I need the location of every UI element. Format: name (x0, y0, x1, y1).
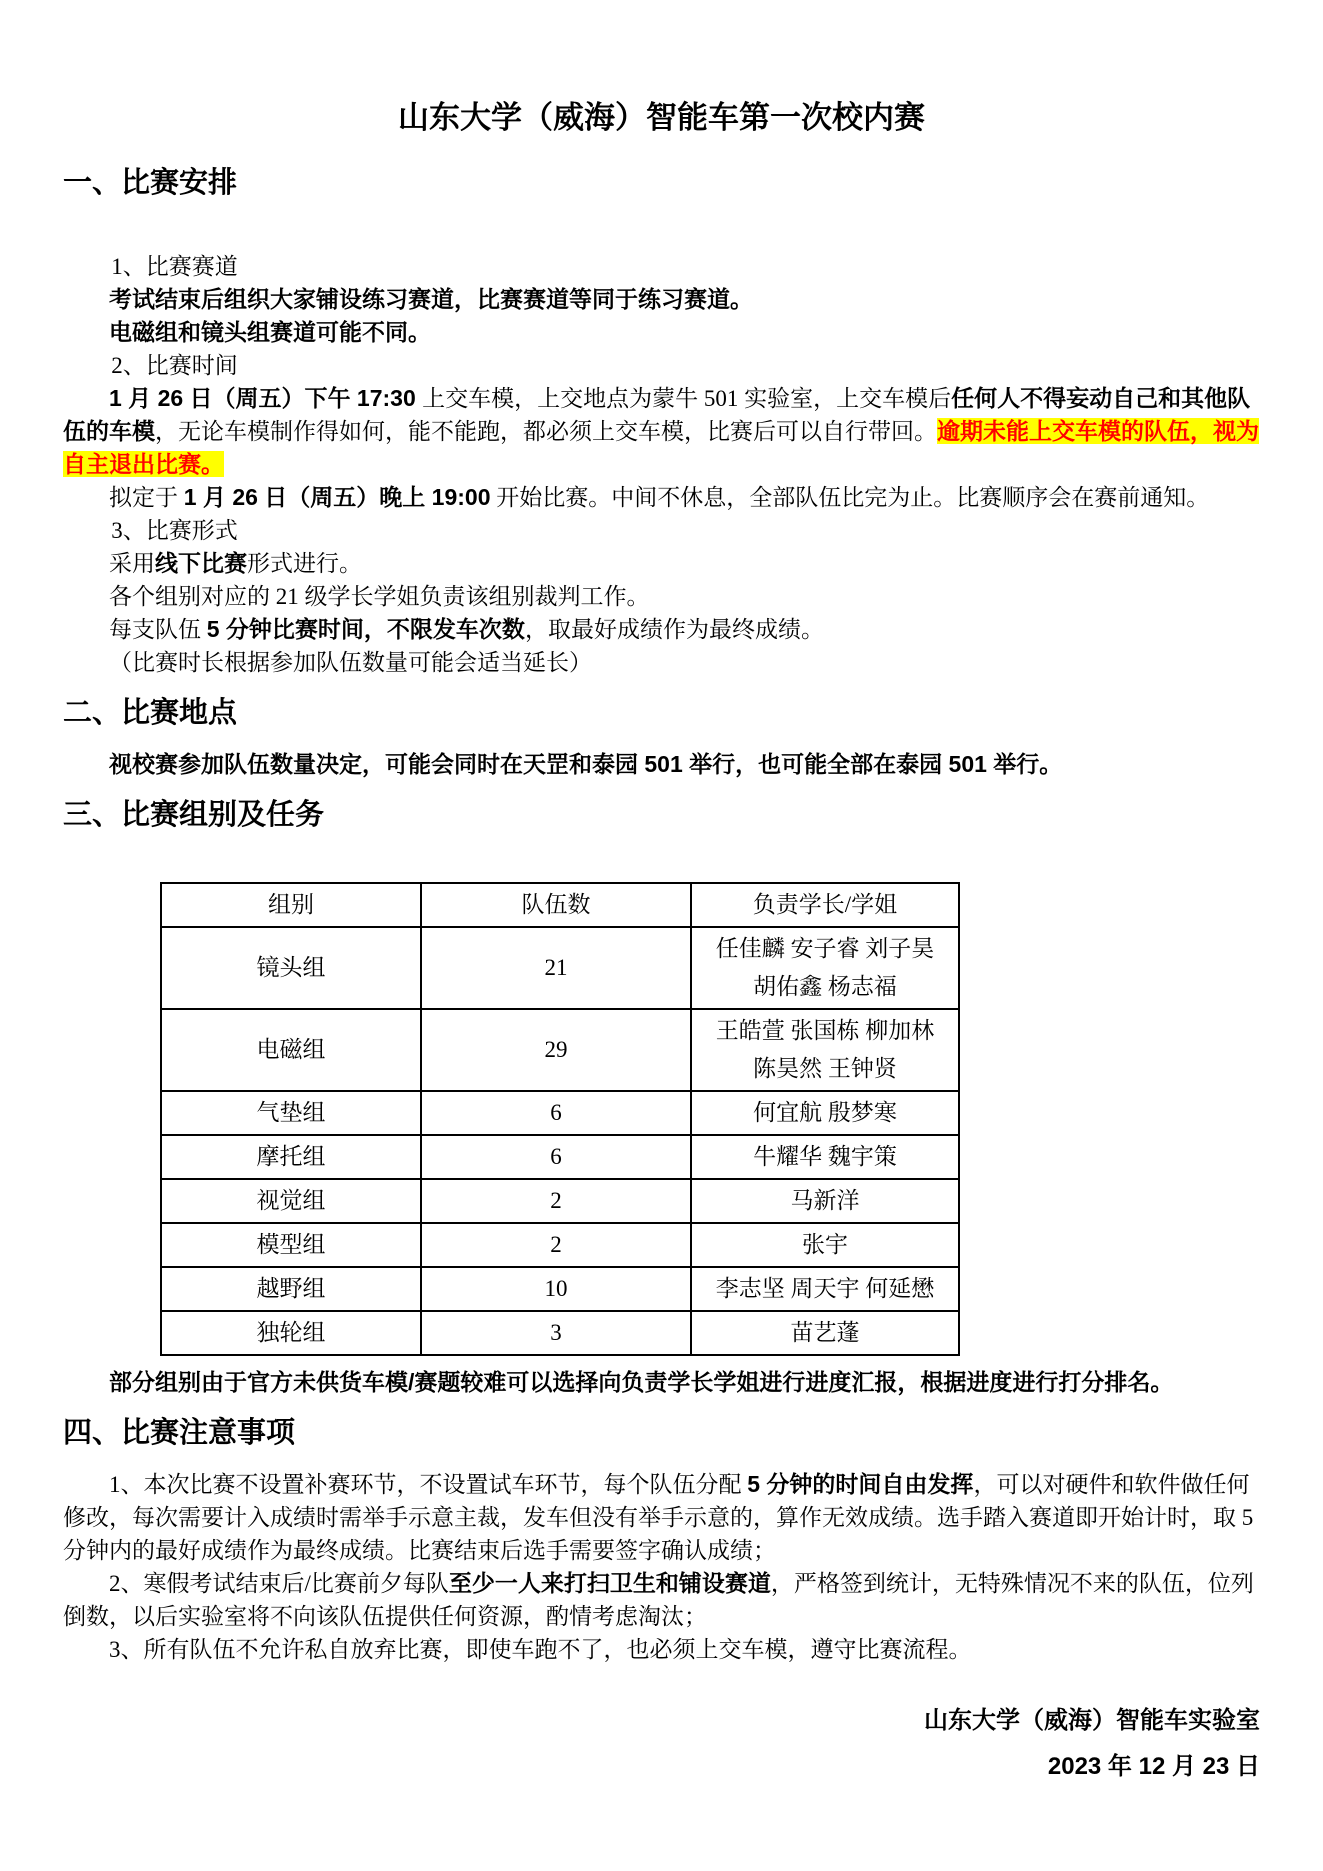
cell-mentors: 李志坚 周天宇 何延懋 (691, 1267, 959, 1311)
cell-group: 越野组 (161, 1267, 421, 1311)
track-note-line2: 电磁组和镜头组赛道可能不同。 (63, 316, 1260, 349)
race-start-datetime: 1 月 26 日（周五）晚上 19:00 (184, 484, 491, 510)
section-heading-groups: 三、比赛组别及任务 (63, 795, 1260, 836)
offline-format-bold: 线下比赛 (155, 550, 247, 576)
section-heading-location: 二、比赛地点 (63, 693, 1260, 734)
deadline-datetime: 1 月 26 日（周五）下午 17:30 (109, 385, 422, 411)
cell-mentors: 苗艺蓬 (691, 1311, 959, 1355)
document-title: 山东大学（威海）智能车第一次校内赛 (63, 96, 1260, 140)
cleaning-duty-bold: 至少一人来打扫卫生和铺设赛道 (449, 1570, 771, 1596)
format-line: 采用线下比赛形式进行。 (63, 547, 1260, 580)
cell-teams: 10 (421, 1267, 691, 1311)
cell-teams: 3 (421, 1311, 691, 1355)
subitem-format-label: 3、比赛形式 (111, 514, 1260, 547)
progress-report-note: 部分组别由于官方未供货车模/赛题较难可以选择向负责学长学姐进行进度汇报，根据进度… (63, 1366, 1260, 1399)
text-run: 拟定于 (109, 485, 184, 510)
cell-teams: 2 (421, 1223, 691, 1267)
groups-table: 组别 队伍数 负责学长/学姐 镜头组 21 任佳麟 安子睿 刘子昊 胡佑鑫 杨志… (160, 882, 960, 1356)
table-row: 模型组 2 张宇 (161, 1223, 959, 1267)
section-heading-arrangement: 一、比赛安排 (63, 163, 1260, 204)
cell-mentors: 王皓萱 张国栋 柳加林 陈昊然 王钟贤 (691, 1009, 959, 1091)
text-run: 每支队伍 (109, 617, 207, 642)
section-heading-notes: 四、比赛注意事项 (63, 1413, 1260, 1454)
table-row: 独轮组 3 苗艺蓬 (161, 1311, 959, 1355)
table-row: 视觉组 2 马新洋 (161, 1179, 959, 1223)
table-row: 越野组 10 李志坚 周天宇 何延懋 (161, 1267, 959, 1311)
cell-teams: 6 (421, 1135, 691, 1179)
cell-group: 独轮组 (161, 1311, 421, 1355)
footer-signature: 山东大学（威海）智能车实验室 (63, 1698, 1260, 1744)
note-paragraph-1: 1、本次比赛不设置补赛环节，不设置试车环节，每个队伍分配 5 分钟的时间自由发挥… (63, 1468, 1260, 1567)
text-run: 开始比赛。中间不休息，全部队伍比完为止。比赛顺序会在赛前通知。 (491, 485, 1210, 510)
cell-mentors: 牛耀华 魏宇策 (691, 1135, 959, 1179)
table-header-row: 组别 队伍数 负责学长/学姐 (161, 883, 959, 927)
document-footer: 山东大学（威海）智能车实验室 2023 年 12 月 23 日 (63, 1698, 1260, 1790)
text-run: 上交车模，上交地点为蒙牛 501 实验室，上交车模后 (422, 386, 951, 411)
table-row: 镜头组 21 任佳麟 安子睿 刘子昊 胡佑鑫 杨志福 (161, 927, 959, 1009)
text-run: 1、本次比赛不设置补赛环节，不设置试车环节，每个队伍分配 (109, 1472, 747, 1497)
cell-group: 气垫组 (161, 1091, 421, 1135)
duration-note-line: （比赛时长根据参加队伍数量可能会适当延长） (63, 646, 1260, 679)
header-group: 组别 (161, 883, 421, 927)
text-run: 采用 (109, 551, 155, 576)
table-row: 摩托组 6 牛耀华 魏宇策 (161, 1135, 959, 1179)
header-mentors: 负责学长/学姐 (691, 883, 959, 927)
header-team-count: 队伍数 (421, 883, 691, 927)
text-run: ，取最好成绩作为最终成绩。 (525, 617, 824, 642)
subitem-track-label: 1、比赛赛道 (111, 250, 1260, 283)
table-row: 气垫组 6 何宜航 殷梦寒 (161, 1091, 959, 1135)
cell-mentors: 马新洋 (691, 1179, 959, 1223)
cell-mentors: 张宇 (691, 1223, 959, 1267)
note-paragraph-2: 2、寒假考试结束后/比赛前夕每队至少一人来打扫卫生和铺设赛道，严格签到统计，无特… (63, 1567, 1260, 1633)
footer-date: 2023 年 12 月 23 日 (63, 1744, 1260, 1790)
cell-teams: 21 (421, 927, 691, 1009)
cell-group: 摩托组 (161, 1135, 421, 1179)
text-run: ，无论车模制作得如何，能不能跑，都必须上交车模，比赛后可以自行带回。 (155, 419, 937, 444)
table-row: 电磁组 29 王皓萱 张国栋 柳加林 陈昊然 王钟贤 (161, 1009, 959, 1091)
judge-line: 各个组别对应的 21 级学长学姐负责该组别裁判工作。 (63, 580, 1260, 613)
cell-mentors: 任佳麟 安子睿 刘子昊 胡佑鑫 杨志福 (691, 927, 959, 1009)
text-run: 形式进行。 (247, 551, 362, 576)
location-paragraph: 视校赛参加队伍数量决定，可能会同时在天罡和泰园 501 举行，也可能全部在泰园 … (63, 748, 1260, 781)
cell-group: 视觉组 (161, 1179, 421, 1223)
cell-teams: 6 (421, 1091, 691, 1135)
document-page: 山东大学（威海）智能车第一次校内赛 一、比赛安排 1、比赛赛道 考试结束后组织大… (0, 0, 1323, 1871)
duration-line: 每支队伍 5 分钟比赛时间，不限发车次数，取最好成绩作为最终成绩。 (63, 613, 1260, 646)
time-paragraph-1: 1 月 26 日（周五）下午 17:30 上交车模，上交地点为蒙牛 501 实验… (63, 382, 1260, 481)
cell-group: 电磁组 (161, 1009, 421, 1091)
cell-group: 模型组 (161, 1223, 421, 1267)
track-note-line1: 考试结束后组织大家铺设练习赛道，比赛赛道等同于练习赛道。 (63, 283, 1260, 316)
subitem-time-label: 2、比赛时间 (111, 349, 1260, 382)
five-minutes-bold: 5 分钟比赛时间，不限发车次数 (207, 616, 525, 642)
cell-teams: 29 (421, 1009, 691, 1091)
note-paragraph-3: 3、所有队伍不允许私自放弃比赛，即使车跑不了，也必须上交车模，遵守比赛流程。 (63, 1633, 1260, 1666)
cell-mentors: 何宜航 殷梦寒 (691, 1091, 959, 1135)
cell-teams: 2 (421, 1179, 691, 1223)
time-paragraph-2: 拟定于 1 月 26 日（周五）晚上 19:00 开始比赛。中间不休息，全部队伍… (63, 481, 1260, 514)
cell-group: 镜头组 (161, 927, 421, 1009)
free-play-bold: 5 分钟的时间自由发挥 (747, 1471, 973, 1497)
text-run: 2、寒假考试结束后/比赛前夕每队 (109, 1571, 449, 1596)
